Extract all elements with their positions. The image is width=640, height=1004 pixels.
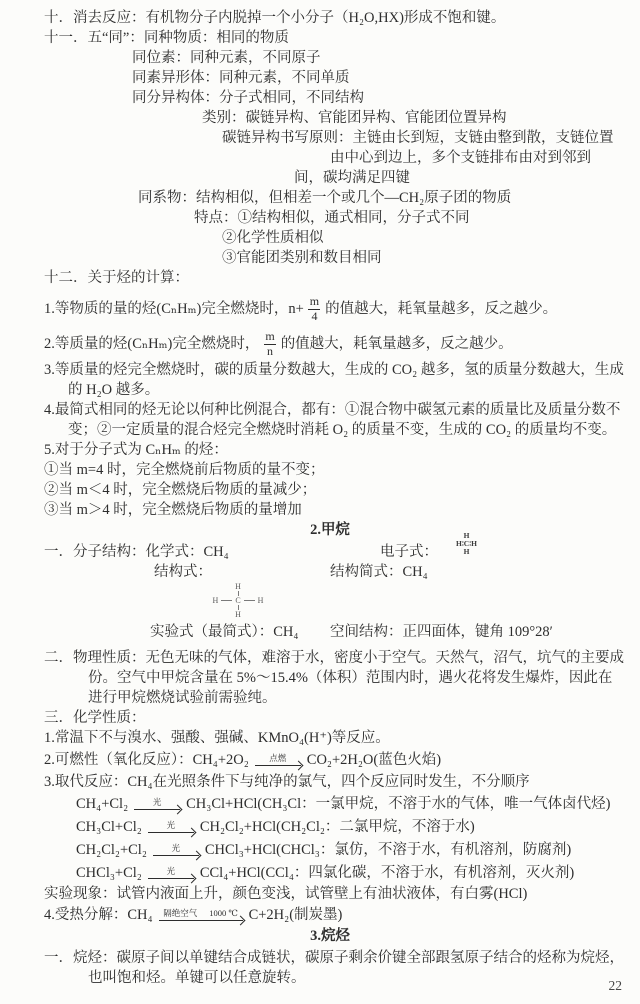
line-substitution-step-1: CH₄+Cl₂ 光 CH₃Cl+HCl(CH₃Cl：一氯甲烷，不溶于水的气体，唯… [76, 792, 616, 815]
line-combustion-reaction: 2.可燃性（氧化反应）：CH₄+2O₂ 点燃 CO₂+2H₂O(蓝色火焰) [44, 748, 616, 772]
line-isomer: 同分异构体：分子式相同，不同结构 [132, 88, 616, 108]
products: CH₃Cl+HCl(CH₃Cl：一氯甲烷，不溶于水的气体，唯一气体卤代烃) [186, 794, 610, 814]
chemical-formula-label: 一．分子结构：化学式：CH₄ [44, 544, 229, 560]
reaction-arrow-heat: 隔绝空气 1000 ℃ [159, 909, 243, 921]
line-allotrope: 同素异形体：同种元素，不同单质 [132, 68, 616, 88]
line-calc-3b: 的 H₂O 越多。 [68, 380, 616, 400]
bond-horizontal [244, 600, 255, 601]
reaction-condition: 光 [167, 821, 176, 830]
struct-left-h: H [213, 596, 219, 605]
line-homolog-feature-2: ②化学性质相似 [222, 228, 616, 248]
line-calc-2: 2.等质量的烃(CₙHₘ)完全燃烧时，mn的值越大，耗氧量越多，反之越少。 [44, 330, 616, 358]
struct-top-h: H [196, 582, 280, 591]
line-calc-3a: 3.等质量的烃完全燃烧时，碳的质量分数越大，生成的 CO₂ 越多，氢的质量分数越… [44, 360, 616, 380]
line-elimination-reaction: 十．消去反应：有机物分子内脱掉一个小分子（H₂O,HX)形成不饱和键。 [44, 8, 616, 28]
line-isotope: 同位素：同种元素，不同原子 [132, 48, 616, 68]
line-alkane-definition-2: 也叫饱和烃。单键可以任意旋转。 [88, 968, 616, 988]
calc-1-text-pre: 1.等物质的量的烃(CₙHₘ)完全燃烧时，n+ [44, 299, 304, 319]
fraction-denominator: 4 [308, 309, 320, 323]
line-substitution-intro: 3.取代反应：CH₄在光照条件下与纯净的氯气，四个反应同时发生，不分顺序 [44, 772, 616, 792]
reactants: CH₃Cl+Cl₂ [76, 817, 142, 837]
line-calc-5-case-3: ③当 m＞4 时，完全燃烧后物质的量增加 [44, 500, 616, 520]
line-substitution-step-2: CH₃Cl+Cl₂ 光 CH₂Cl₂+HCl(CH₂Cl₂：二氯甲烷，不溶于水) [76, 815, 616, 838]
line-physical-2: 份。空气中甲烷含量在 5%～15.4%（体积）范围内时，遇火花将发生爆炸，因此在 [88, 668, 616, 688]
decomposition-reactant: 4.受热分解：CH₄ [44, 905, 153, 925]
reaction-condition: 光 [153, 798, 162, 807]
section-heading-methane: 2.甲烷 [44, 520, 616, 540]
fraction-m-over-4: m4 [308, 295, 321, 322]
reaction-arrow [255, 765, 301, 766]
line-substitution-step-3: CH₂Cl₂+Cl₂ 光 CHCl₃+HCl(CHCl₃：氯仿，不溶于水，有机溶… [76, 838, 616, 861]
fraction-denominator: n [264, 344, 276, 358]
line-calc-1: 1.等物质的量的烃(CₙHₘ)完全燃烧时，n+m4的值越大，耗氧量越多，反之越少… [44, 294, 616, 324]
line-calc-5: 5.对于分子式为 CₙHₘ 的烃： [44, 440, 616, 460]
line-homolog-feature-3: ③官能团类别和数目相同 [222, 248, 616, 268]
line-chain-rule-1: 碳链异构书写原则：主链由长到短，支链由整到散，支链位置 [222, 128, 616, 148]
methane-electron-formula: H H∶C∶H H [456, 532, 477, 556]
line-calc-5-case-2: ②当 m＜4 时，完全燃烧后物质的量减少； [44, 480, 616, 500]
line-calc-4a: 4.最简式相同的烃无论以何种比例混合，都有：①混合物中碳氢元素的质量比及质量分数… [44, 400, 616, 420]
fraction-m-over-n: mn [263, 330, 276, 357]
reaction-condition: 点燃 [269, 754, 286, 763]
line-calc-5-case-1: ①当 m=4 时，完全燃烧前后物质的量不变； [44, 460, 616, 480]
electronic-formula-label: 电子式： [380, 542, 438, 562]
line-homolog-feature-1: 特点：①结构相似，通式相同，分子式不同 [194, 208, 616, 228]
decomposition-products: C+2H₂(制炭墨) [249, 905, 343, 925]
line-empirical-spatial: 实验式（最简式）：CH₄ 空间结构：正四面体，键角 109°28′ [44, 622, 616, 642]
line-chain-rule-2: 由中心到边上，多个支链排布由对到邻到 [330, 148, 616, 168]
reaction-arrow-light: 光 [134, 798, 180, 810]
line-chain-rule-3: 间，碳均满足四键 [294, 168, 616, 188]
fraction-numerator: m [263, 330, 276, 343]
line-isomer-types: 类别：碳链异构、官能团异构、官能团位置异构 [202, 108, 616, 128]
reaction-arrow [153, 855, 199, 856]
products: CH₂Cl₂+HCl(CH₂Cl₂：二氯甲烷，不溶于水) [200, 817, 475, 837]
line-chemical-1: 1.常温下不与溴水、强酸、强碱、KMnO₄(H⁺)等反应。 [44, 728, 616, 748]
empirical-formula-label: 实验式（最简式）：CH₄ [150, 622, 298, 642]
spatial-structure-label: 空间结构：正四面体，键角 109°28′ [330, 622, 553, 642]
line-alkane-definition-1: 一．烷烃：碳原子间以单键结合成链状，碳原子剩余价键全部跟氢原子结合的烃称为烷烃， [44, 948, 616, 968]
line-physical-1: 二．物理性质：无色无味的气体，难溶于水，密度小于空气。天然气，沼气，坑气的主要成 [44, 648, 616, 668]
line-structural-formula-labels: 结构式： 结构简式：CH₄ [44, 562, 616, 582]
line-physical-3: 进行甲烷燃烧试验前需验纯。 [88, 688, 616, 708]
line-homolog: 同系物：结构相似，但相差一个或几个—CH₂原子团的物质 [138, 188, 616, 208]
fraction-numerator: m [308, 295, 321, 308]
methane-structural-formula: H H C H H [196, 582, 280, 622]
calc-1-text-post: 的值越大，耗氧量越多，反之越少。 [325, 299, 557, 319]
line-five-same-title: 十一．五“同”：同种物质：相同的物质 [44, 28, 616, 48]
reaction-arrow [134, 809, 180, 810]
reaction-condition-no-air: 隔绝空气 [163, 909, 197, 918]
reaction-arrow [159, 920, 243, 921]
combustion-products: CO₂+2H₂O(蓝色火焰) [307, 750, 441, 770]
reaction-condition: 光 [172, 844, 181, 853]
reaction-arrow-light: 光 [148, 867, 194, 879]
reactants: CH₄+Cl₂ [76, 794, 128, 814]
line-calc-title: 十二．关于烃的计算： [44, 268, 616, 288]
reaction-condition: 光 [167, 867, 176, 876]
reaction-arrow [148, 878, 194, 879]
products: CCl₄+HCl(CCl₄：四氯化碳，不溶于水，有机溶剂，灭火剂) [200, 863, 574, 883]
calc-2-text-pre: 2.等质量的烃(CₙHₘ)完全燃烧时， [44, 334, 259, 354]
combustion-reactants: 2.可燃性（氧化反应）：CH₄+2O₂ [44, 750, 249, 770]
products: CHCl₃+HCl(CHCl₃：氯仿，不溶于水，有机溶剂，防腐剂) [205, 840, 571, 860]
lewis-bottom-h: H [456, 548, 477, 556]
reactants: CHCl₃+Cl₂ [76, 863, 142, 883]
line-molecular-structure: 一．分子结构：化学式：CH₄ 电子式： H H∶C∶H H [44, 542, 616, 562]
bond-horizontal [221, 600, 232, 601]
reaction-arrow-ignite: 点燃 [255, 754, 301, 766]
section-heading-alkanes: 3.烷烃 [44, 926, 616, 946]
struct-center-c: C [235, 596, 240, 605]
line-substitution-step-4: CHCl₃+Cl₂ 光 CCl₄+HCl(CCl₄：四氯化碳，不溶于水，有机溶剂… [76, 861, 616, 884]
line-experiment-phenomenon: 实验现象：试管内液面上升，颜色变浅，试管壁上有油状液体，有白雾(HCl) [44, 884, 616, 904]
page-number: 22 [609, 976, 623, 996]
struct-right-h: H [258, 596, 264, 605]
notes-page: 十．消去反应：有机物分子内脱掉一个小分子（H₂O,HX)形成不饱和键。 十一．五… [0, 0, 640, 1004]
line-calc-4b: 变；②一定质量的混合烃完全燃烧时消耗 O₂ 的质量不变，生成的 CO₂ 的质量均… [68, 420, 616, 440]
reactants: CH₂Cl₂+Cl₂ [76, 840, 147, 860]
struct-bottom-h: H [196, 610, 280, 619]
reaction-condition-1000c: 1000 ℃ [209, 909, 238, 918]
line-chemical-title: 三．化学性质： [44, 708, 616, 728]
reaction-arrow-light: 光 [148, 821, 194, 833]
condensed-formula-label: 结构简式：CH₄ [330, 562, 428, 582]
calc-2-text-post: 的值越大，耗氧量越多，反之越少。 [281, 334, 513, 354]
reaction-arrow [148, 832, 194, 833]
reaction-arrow-light: 光 [153, 844, 199, 856]
line-thermal-decomposition: 4.受热分解：CH₄ 隔绝空气 1000 ℃ C+2H₂(制炭墨) [44, 904, 616, 926]
structural-formula-label: 结构式： [154, 562, 212, 582]
